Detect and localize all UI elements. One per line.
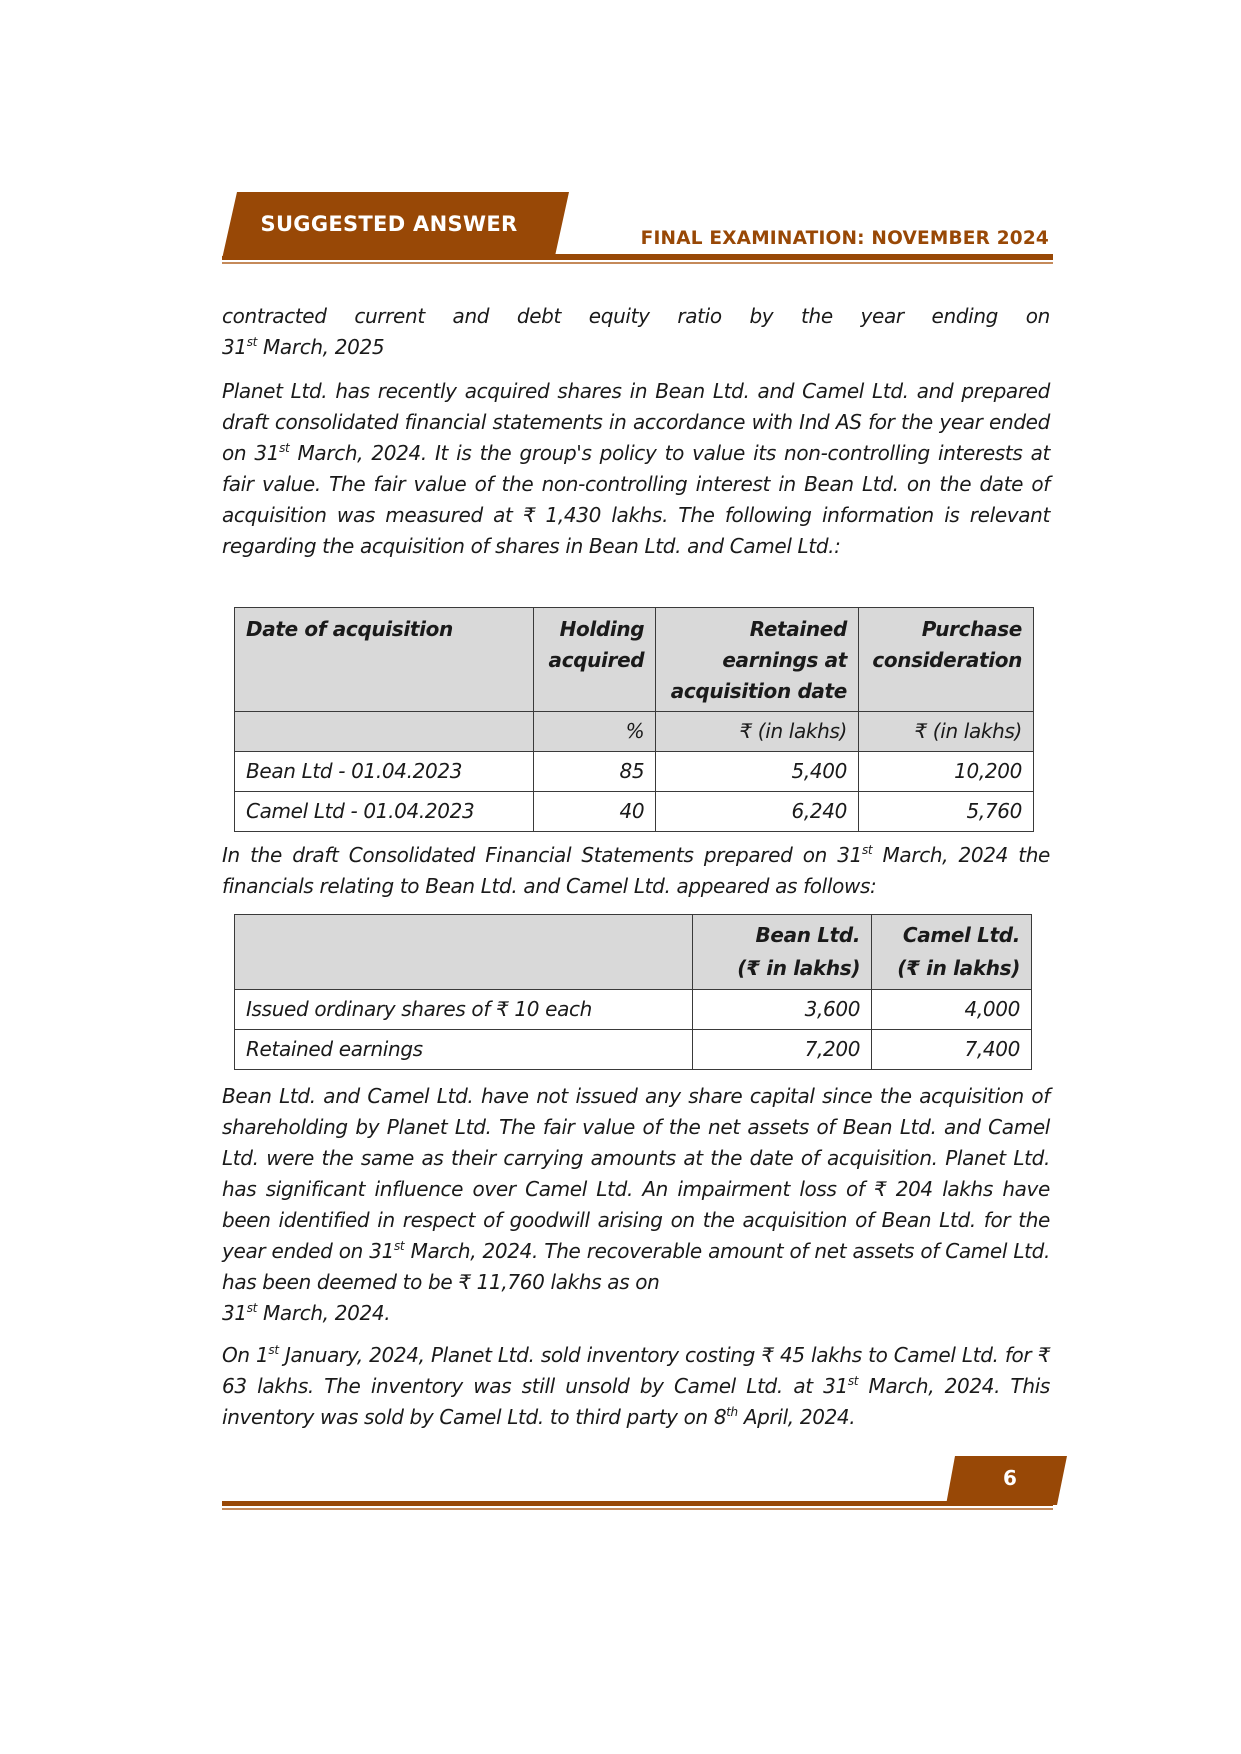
- header-bean-ltd: Bean Ltd.(₹ in lakhs): [693, 915, 872, 990]
- table-row: Issued ordinary shares of ₹ 10 each 3,60…: [235, 990, 1032, 1030]
- superscript: th: [726, 1405, 738, 1419]
- header-unit: (₹ in lakhs): [897, 956, 1020, 980]
- table-header-row: Bean Ltd.(₹ in lakhs) Camel Ltd.(₹ in la…: [235, 915, 1032, 990]
- table-row: Camel Ltd - 01.04.2023 40 6,240 5,760: [235, 792, 1034, 832]
- header-holding-acquired: Holding acquired: [534, 608, 656, 712]
- text: March, 2025: [257, 335, 384, 359]
- paragraph-draft-statements: In the draft Consolidated Financial Stat…: [222, 840, 1050, 902]
- page-number: 6: [980, 1466, 1040, 1490]
- header-thin-rule: [222, 262, 1053, 264]
- cell: 10,200: [858, 752, 1033, 792]
- paragraph-goodwill-impairment: Bean Ltd. and Camel Ltd. have not issued…: [222, 1081, 1050, 1298]
- text: 31: [222, 335, 247, 359]
- text: contracted current and debt equity ratio…: [222, 304, 1050, 328]
- table-row: Retained earnings 7,200 7,400: [235, 1030, 1032, 1070]
- superscript: st: [862, 843, 872, 857]
- cell: 85: [534, 752, 656, 792]
- paragraph-inventory-sale: On 1st January, 2024, Planet Ltd. sold i…: [222, 1340, 1050, 1433]
- cell: 7,200: [693, 1030, 872, 1070]
- acquisition-table: Date of acquisition Holding acquired Ret…: [234, 607, 1034, 832]
- superscript: st: [848, 1374, 858, 1388]
- cell: 3,600: [693, 990, 872, 1030]
- unit-cell: ₹ (in lakhs): [858, 712, 1033, 752]
- superscript: st: [247, 1301, 257, 1315]
- cell: 4,000: [872, 990, 1032, 1030]
- suggested-answer-badge: SUGGESTED ANSWER: [244, 212, 534, 236]
- footer-rule: [222, 1501, 1053, 1506]
- text: On 1: [222, 1343, 268, 1367]
- paragraph-goodwill-impairment-end: 31st March, 2024.: [222, 1298, 1050, 1329]
- footer-thin-rule: [222, 1508, 1053, 1510]
- cell: 7,400: [872, 1030, 1032, 1070]
- financials-table: Bean Ltd.(₹ in lakhs) Camel Ltd.(₹ in la…: [234, 914, 1032, 1070]
- header-camel-ltd: Camel Ltd.(₹ in lakhs): [872, 915, 1032, 990]
- header-retained-earnings: Retained earnings at acquisition date: [656, 608, 859, 712]
- table-header-row: Date of acquisition Holding acquired Ret…: [235, 608, 1034, 712]
- cell: 6,240: [656, 792, 859, 832]
- header-company: Bean Ltd.: [756, 923, 861, 947]
- text: In the draft Consolidated Financial Stat…: [222, 843, 862, 867]
- exam-title: FINAL EXAMINATION: NOVEMBER 2024: [641, 228, 1049, 249]
- header-unit: (₹ in lakhs): [737, 956, 860, 980]
- paragraph-continued-line2: 31st March, 2025: [222, 332, 1050, 363]
- header-date-of-acquisition: Date of acquisition: [235, 608, 534, 712]
- superscript: st: [279, 441, 289, 455]
- header-blank: [235, 915, 693, 990]
- cell: Camel Ltd - 01.04.2023: [235, 792, 534, 832]
- unit-cell: [235, 712, 534, 752]
- superscript: st: [268, 1343, 278, 1357]
- unit-cell: ₹ (in lakhs): [656, 712, 859, 752]
- cell: 40: [534, 792, 656, 832]
- superscript: st: [247, 335, 257, 349]
- header-company: Camel Ltd.: [903, 923, 1020, 947]
- superscript: st: [394, 1239, 404, 1253]
- cell: 5,400: [656, 752, 859, 792]
- paragraph-acquisition-intro: Planet Ltd. has recently acquired shares…: [222, 376, 1050, 562]
- header-rule: [222, 256, 555, 260]
- text: April, 2024.: [738, 1405, 856, 1429]
- text: 31: [222, 1301, 247, 1325]
- table-unit-row: % ₹ (in lakhs) ₹ (in lakhs): [235, 712, 1034, 752]
- header-purchase-consideration: Purchase consideration: [858, 608, 1033, 712]
- text: Bean Ltd. and Camel Ltd. have not issued…: [222, 1084, 1050, 1263]
- paragraph-continued: contracted current and debt equity ratio…: [222, 301, 1050, 332]
- header-rule: [555, 254, 1053, 260]
- text: March, 2024. It is the group's policy to…: [222, 441, 1050, 558]
- header-decoration: [0, 0, 1241, 300]
- unit-cell: %: [534, 712, 656, 752]
- cell: 5,760: [858, 792, 1033, 832]
- cell: Issued ordinary shares of ₹ 10 each: [235, 990, 693, 1030]
- table-row: Bean Ltd - 01.04.2023 85 5,400 10,200: [235, 752, 1034, 792]
- text: March, 2024.: [257, 1301, 390, 1325]
- cell: Retained earnings: [235, 1030, 693, 1070]
- cell: Bean Ltd - 01.04.2023: [235, 752, 534, 792]
